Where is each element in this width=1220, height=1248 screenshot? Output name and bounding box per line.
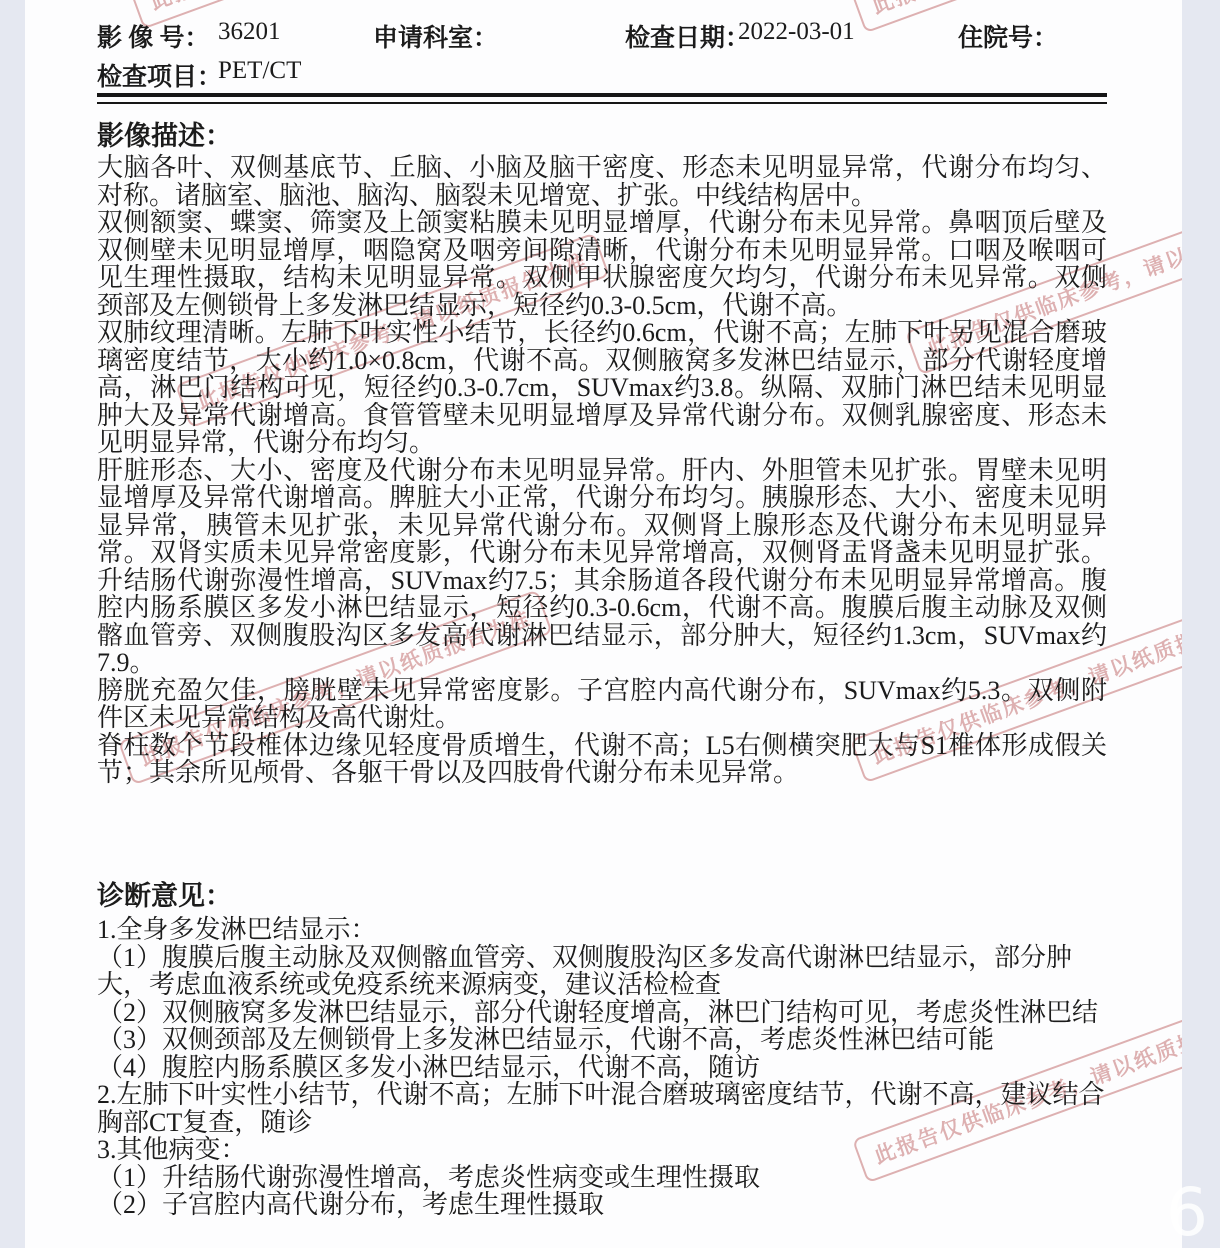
header-divider [97, 93, 1107, 104]
page-number: 6 [1156, 1178, 1218, 1248]
description-paragraph: 双肺纹理清晰。左肺下叶实性小结节，长径约0.6cm，代谢不高；左肺下叶另见混合磨… [97, 319, 1107, 457]
exam-date-label: 检查日期： [625, 18, 750, 54]
exam-item-label: 检查项目： [97, 57, 222, 93]
description-heading: 影像描述： [97, 114, 232, 153]
diagnosis-item: （2）双侧腋窝多发淋巴结显示，部分代谢轻度增高，淋巴门结构可见，考虑炎性淋巴结 [97, 999, 1107, 1027]
diagnosis-item: （1）升结肠代谢弥漫性增高，考虑炎性病变或生理性摄取 [97, 1164, 1107, 1192]
report-page: 此报告仅供临床参考，请以纸质报告为准 此报告仅供临床参考，请以纸质报告为准 此报… [0, 0, 1220, 1248]
scan-strip-left [0, 0, 25, 1248]
exam-item-value: PET/CT [218, 57, 301, 85]
admission-number-label: 住院号： [958, 18, 1058, 54]
scan-strip-right [1182, 0, 1220, 1248]
diagnosis-item: （3）双侧颈部及左侧锁骨上多发淋巴结显示，代谢不高，考虑炎性淋巴结可能 [97, 1026, 1107, 1054]
diagnosis-item: （2）子宫腔内高代谢分布，考虑生理性摄取 [97, 1191, 1107, 1219]
diagnosis-item: （4）腹腔内肠系膜区多发小淋巴结显示，代谢不高，随访 [97, 1054, 1107, 1082]
description-paragraph: 大脑各叶、双侧基底节、丘脑、小脑及脑干密度、形态未见明显异常，代谢分布均匀、对称… [97, 154, 1107, 209]
diagnosis-items: 1.全身多发淋巴结显示： （1）腹膜后腹主动脉及双侧髂血管旁、双侧腹股沟区多发高… [97, 916, 1107, 1219]
description-paragraph: 脊柱数个节段椎体边缘见轻度骨质增生，代谢不高；L5右侧横突肥大与S1椎体形成假关… [97, 732, 1107, 787]
diagnosis-heading: 诊断意见： [97, 874, 232, 913]
diagnosis-item: 3.其他病变： [97, 1136, 1107, 1164]
exam-date-value: 2022-03-01 [738, 18, 855, 46]
diagnosis-item: 2.左肺下叶实性小结节，代谢不高；左肺下叶混合磨玻璃密度结节，代谢不高，建议结合… [97, 1081, 1107, 1136]
diagnosis-item: （1）腹膜后腹主动脉及双侧髂血管旁、双侧腹股沟区多发高代谢淋巴结显示，部分肿大，… [97, 944, 1107, 999]
description-paragraph: 肝脏形态、大小、密度及代谢分布未见明显异常。肝内、外胆管未见扩张。胃壁未见明显增… [97, 457, 1107, 677]
diagnosis-item: 1.全身多发淋巴结显示： [97, 916, 1107, 944]
description-paragraph: 膀胱充盈欠佳，膀胱壁未见异常密度影。子宫腔内高代谢分布，SUVmax约5.3。双… [97, 677, 1107, 732]
description-paragraphs: 大脑各叶、双侧基底节、丘脑、小脑及脑干密度、形态未见明显异常，代谢分布均匀、对称… [97, 154, 1107, 787]
image-number-value: 36201 [218, 18, 281, 46]
request-department-label: 申请科室： [373, 18, 498, 54]
description-paragraph: 双侧额窦、蝶窦、筛窦及上颌窦粘膜未见明显增厚，代谢分布未见异常。鼻咽顶后壁及双侧… [97, 209, 1107, 319]
image-number-label: 影 像 号： [97, 18, 210, 54]
